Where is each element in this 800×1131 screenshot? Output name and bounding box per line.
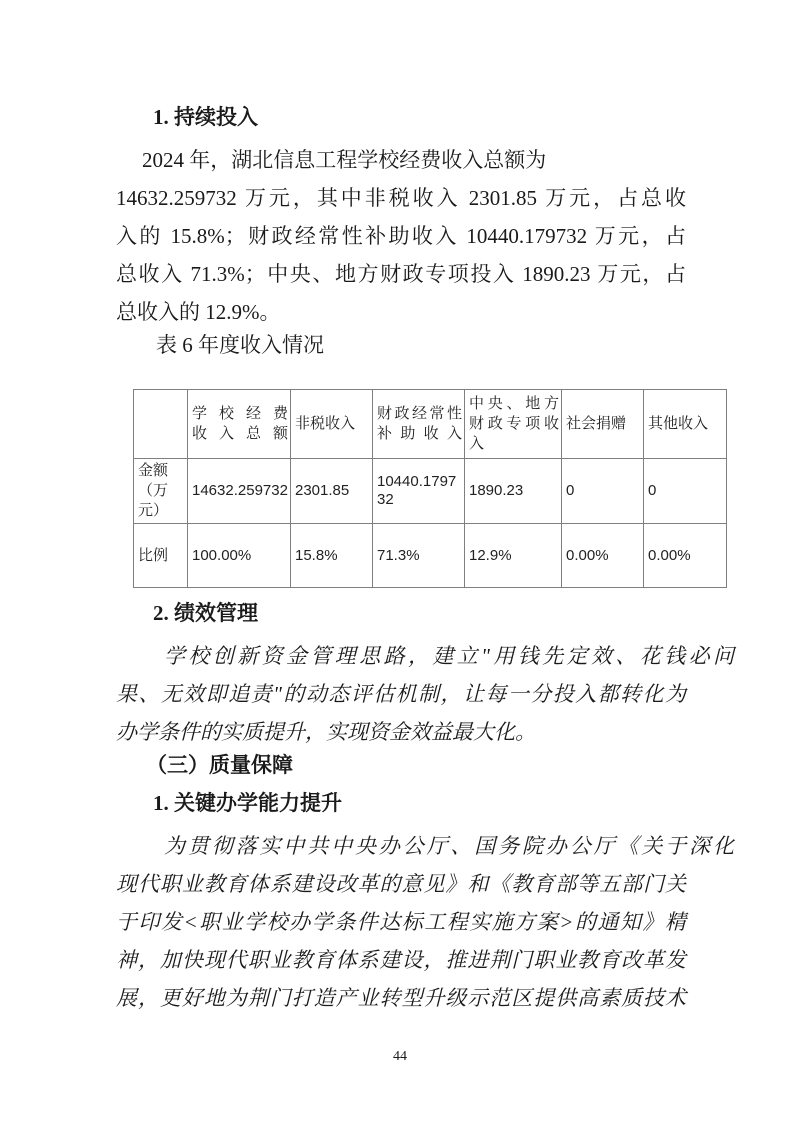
ratio-fiscal-subsidy: 71.3% [373, 524, 465, 588]
ratio-donation: 0.00% [562, 524, 644, 588]
paragraph-income-line: 2024 年，湖北信息工程学校经费收入总额为 [116, 141, 712, 179]
income-table-ratio-row: 比例 100.00% 15.8% 71.3% 12.9% 0.00% 0.00% [134, 524, 727, 588]
heading-key-capability: 1. 关键办学能力提升 [153, 789, 342, 817]
page-number: 44 [0, 1048, 800, 1066]
ratio-other: 0.00% [644, 524, 727, 588]
header-cell-nontax-income: 非税收入 [291, 390, 373, 459]
income-table-amount-row: 金额 （万元） 14632.259732 2301.85 10440.17973… [134, 459, 727, 524]
header-cell-empty [134, 390, 188, 459]
paragraph-capability-line: 为贯彻落实中共中央办公厅、国务院办公厅《关于深化 [116, 827, 734, 865]
ratio-special-fund: 12.9% [465, 524, 562, 588]
amount-other: 0 [644, 459, 727, 524]
amount-donation: 0 [562, 459, 644, 524]
row-label-ratio: 比例 [134, 524, 188, 588]
paragraph-capability-line: 于印发<职业学校办学条件达标工程实施方案>的通知》精 [116, 903, 686, 941]
paragraph-capability-line: 现代职业教育体系建设改革的意见》和《教育部等五部门关 [116, 865, 686, 903]
header-cell-donation: 社会捐赠 [562, 390, 644, 459]
heading-performance-management: 2. 绩效管理 [153, 599, 258, 627]
income-table-header-row: 学校经费 收入总额 非税收入 财政经常性 补助收入 中央、地方 财政专项收 入 … [134, 390, 727, 459]
amount-total: 14632.259732 [188, 459, 291, 524]
document-page: 1. 持续投入 2024 年，湖北信息工程学校经费收入总额为 14632.259… [0, 0, 800, 1131]
amount-nontax: 2301.85 [291, 459, 373, 524]
amount-fiscal-subsidy: 10440.179732 [373, 459, 465, 524]
paragraph-income-line: 总收入的 12.9%。 [116, 293, 686, 331]
heading-quality-assurance: （三）质量保障 [146, 751, 293, 779]
ratio-total: 100.00% [188, 524, 291, 588]
ratio-nontax: 15.8% [291, 524, 373, 588]
header-cell-special-fund: 中央、地方 财政专项收 入 [465, 390, 562, 459]
header-cell-total-income: 学校经费 收入总额 [188, 390, 291, 459]
header-cell-fiscal-subsidy: 财政经常性 补助收入 [373, 390, 465, 459]
paragraph-performance-line: 学校创新资金管理思路，建立"用钱先定效、花钱必问 [116, 637, 734, 675]
header-cell-other-income: 其他收入 [644, 390, 727, 459]
paragraph-income-line: 14632.259732 万元，其中非税收入 2301.85 万元，占总收 [116, 179, 686, 217]
income-table: 学校经费 收入总额 非税收入 财政经常性 补助收入 中央、地方 财政专项收 入 … [133, 389, 727, 588]
amount-special-fund: 1890.23 [465, 459, 562, 524]
paragraph-performance-line: 果、无效即追责"的动态评估机制，让每一分投入都转化为 [116, 675, 686, 713]
paragraph-income-line: 入的 15.8%；财政经常性补助收入 10440.179732 万元，占 [116, 217, 686, 255]
row-label-amount: 金额 （万元） [134, 459, 188, 524]
paragraph-income-line: 总收入 71.3%；中央、地方财政专项投入 1890.23 万元，占 [116, 255, 686, 293]
paragraph-capability-line: 展，更好地为荆门打造产业转型升级示范区提供高素质技术 [116, 979, 686, 1017]
paragraph-performance-line: 办学条件的实质提升，实现资金效益最大化。 [116, 713, 686, 751]
heading-sustained-investment: 1. 持续投入 [153, 103, 258, 131]
paragraph-capability-line: 神，加快现代职业教育体系建设，推进荆门职业教育改革发 [116, 941, 686, 979]
table-caption: 表 6 年度收入情况 [156, 330, 324, 360]
